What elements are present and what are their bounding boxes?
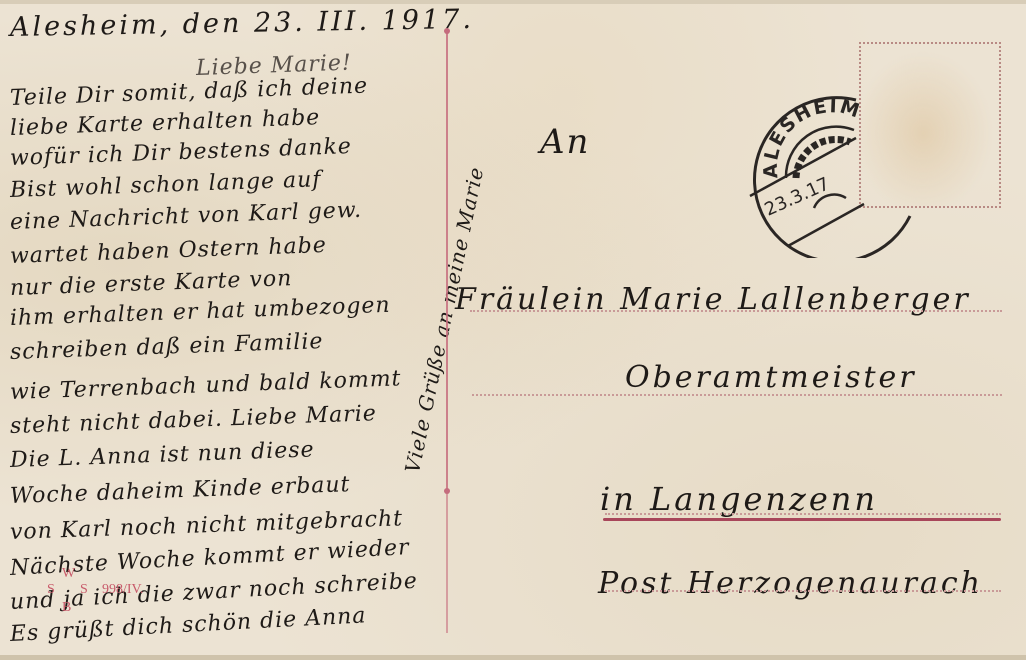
message-line: liebe Karte erhalten habe — [10, 105, 321, 141]
message-line: steht nicht dabei. Liebe Marie — [10, 401, 378, 439]
publisher-monogram-right: S — [80, 582, 88, 598]
message-line: wofür ich Dir bestens danke — [10, 134, 353, 171]
publisher-monogram-left: S — [47, 582, 55, 598]
scan-bottom-edge — [0, 655, 1026, 660]
message-header: Alesheim, den 23. III. 1917. — [10, 4, 474, 43]
message-line: schreiben daß ein Familie — [10, 329, 324, 365]
address-line2-text: Oberamtmeister — [625, 360, 917, 395]
message-line: Die L. Anna ist nun diese — [10, 437, 315, 473]
message-line: Bist wohl schon lange auf — [10, 167, 322, 203]
address-line-4 — [605, 590, 1001, 592]
divider-line — [446, 33, 448, 493]
divider-top-dot — [444, 28, 450, 34]
postmark-icon: ALESHEIM 23.3.17 — [738, 78, 918, 258]
message-line: nur die erste Karte von — [10, 266, 293, 301]
address-line4-text: Post Herzogenaurach — [598, 566, 983, 601]
message-line: wartet haben Ostern habe — [10, 233, 328, 269]
message-line: wie Terrenbach und bald kommt — [10, 366, 402, 405]
postcard: Alesheim, den 23. III. 1917. Liebe Marie… — [0, 0, 1026, 660]
divider-line-lower — [446, 493, 448, 633]
address-line-2 — [472, 394, 1002, 396]
postmark-date: 23.3.17 — [761, 173, 832, 220]
scan-top-edge — [0, 0, 1026, 4]
postmark-town: ALESHEIM — [760, 95, 864, 179]
publisher-monogram-bottom: B — [62, 600, 71, 616]
address-prefix: An — [540, 122, 590, 162]
address-line-3 — [605, 513, 1001, 515]
address-line-1 — [470, 310, 1002, 312]
address-red-underline — [603, 518, 1001, 521]
message-line: eine Nachricht von Karl gew. — [10, 198, 363, 235]
publisher-number: 998/IV. — [102, 582, 143, 598]
publisher-monogram-top: W — [62, 566, 75, 582]
message-line: Woche daheim Kinde erbaut — [10, 472, 351, 509]
svg-text:ALESHEIM: ALESHEIM — [760, 95, 864, 179]
margin-note: Viele Grüße an meine Marie — [400, 164, 488, 475]
